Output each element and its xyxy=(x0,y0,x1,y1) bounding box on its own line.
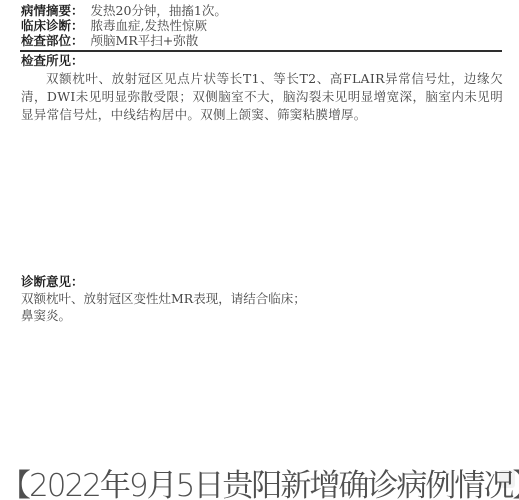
exam-site-value: 颅脑MR平扫+弥散 xyxy=(91,33,199,48)
clinical-diagnosis-row: 临床诊断：脓毒血症,发热性惊厥 xyxy=(21,18,503,33)
condition-summary-label: 病情摘要： xyxy=(21,3,84,18)
exam-site-row: 检查部位：颅脑MR平扫+弥散 xyxy=(21,33,503,48)
watermark-remnant xyxy=(499,470,515,488)
impression-line: 双额枕叶、放射冠区变性灶MR表现，请结合临床； xyxy=(21,290,503,307)
condition-summary-value: 发热20分钟，抽搐1次。 xyxy=(91,3,227,18)
impression-line: 鼻窦炎。 xyxy=(21,307,503,324)
mri-report-document: 病情摘要：发热20分钟，抽搐1次。 临床诊断：脓毒血症,发热性惊厥 检查部位：颅… xyxy=(0,0,519,324)
clinical-diagnosis-value: 脓毒血症,发热性惊厥 xyxy=(91,18,207,33)
impression-label: 诊断意见： xyxy=(21,273,503,290)
article-caption: 【2022年9月5日贵阳新增确诊病例情况】 xyxy=(0,468,519,500)
condition-summary-row: 病情摘要：发热20分钟，抽搐1次。 xyxy=(21,3,503,18)
findings-text: 双额枕叶、放射冠区见点片状等长T1、等长T2、高FLAIR异常信号灶，边缘欠清，… xyxy=(21,70,503,124)
clinical-diagnosis-label: 临床诊断： xyxy=(21,18,84,33)
article-page: 病情摘要：发热20分钟，抽搐1次。 临床诊断：脓毒血症,发热性惊厥 检查部位：颅… xyxy=(0,0,519,500)
findings-label: 检查所见： xyxy=(21,52,503,70)
exam-site-label: 检查部位： xyxy=(21,33,84,48)
impression-section: 诊断意见： 双额枕叶、放射冠区变性灶MR表现，请结合临床； 鼻窦炎。 xyxy=(21,273,503,324)
